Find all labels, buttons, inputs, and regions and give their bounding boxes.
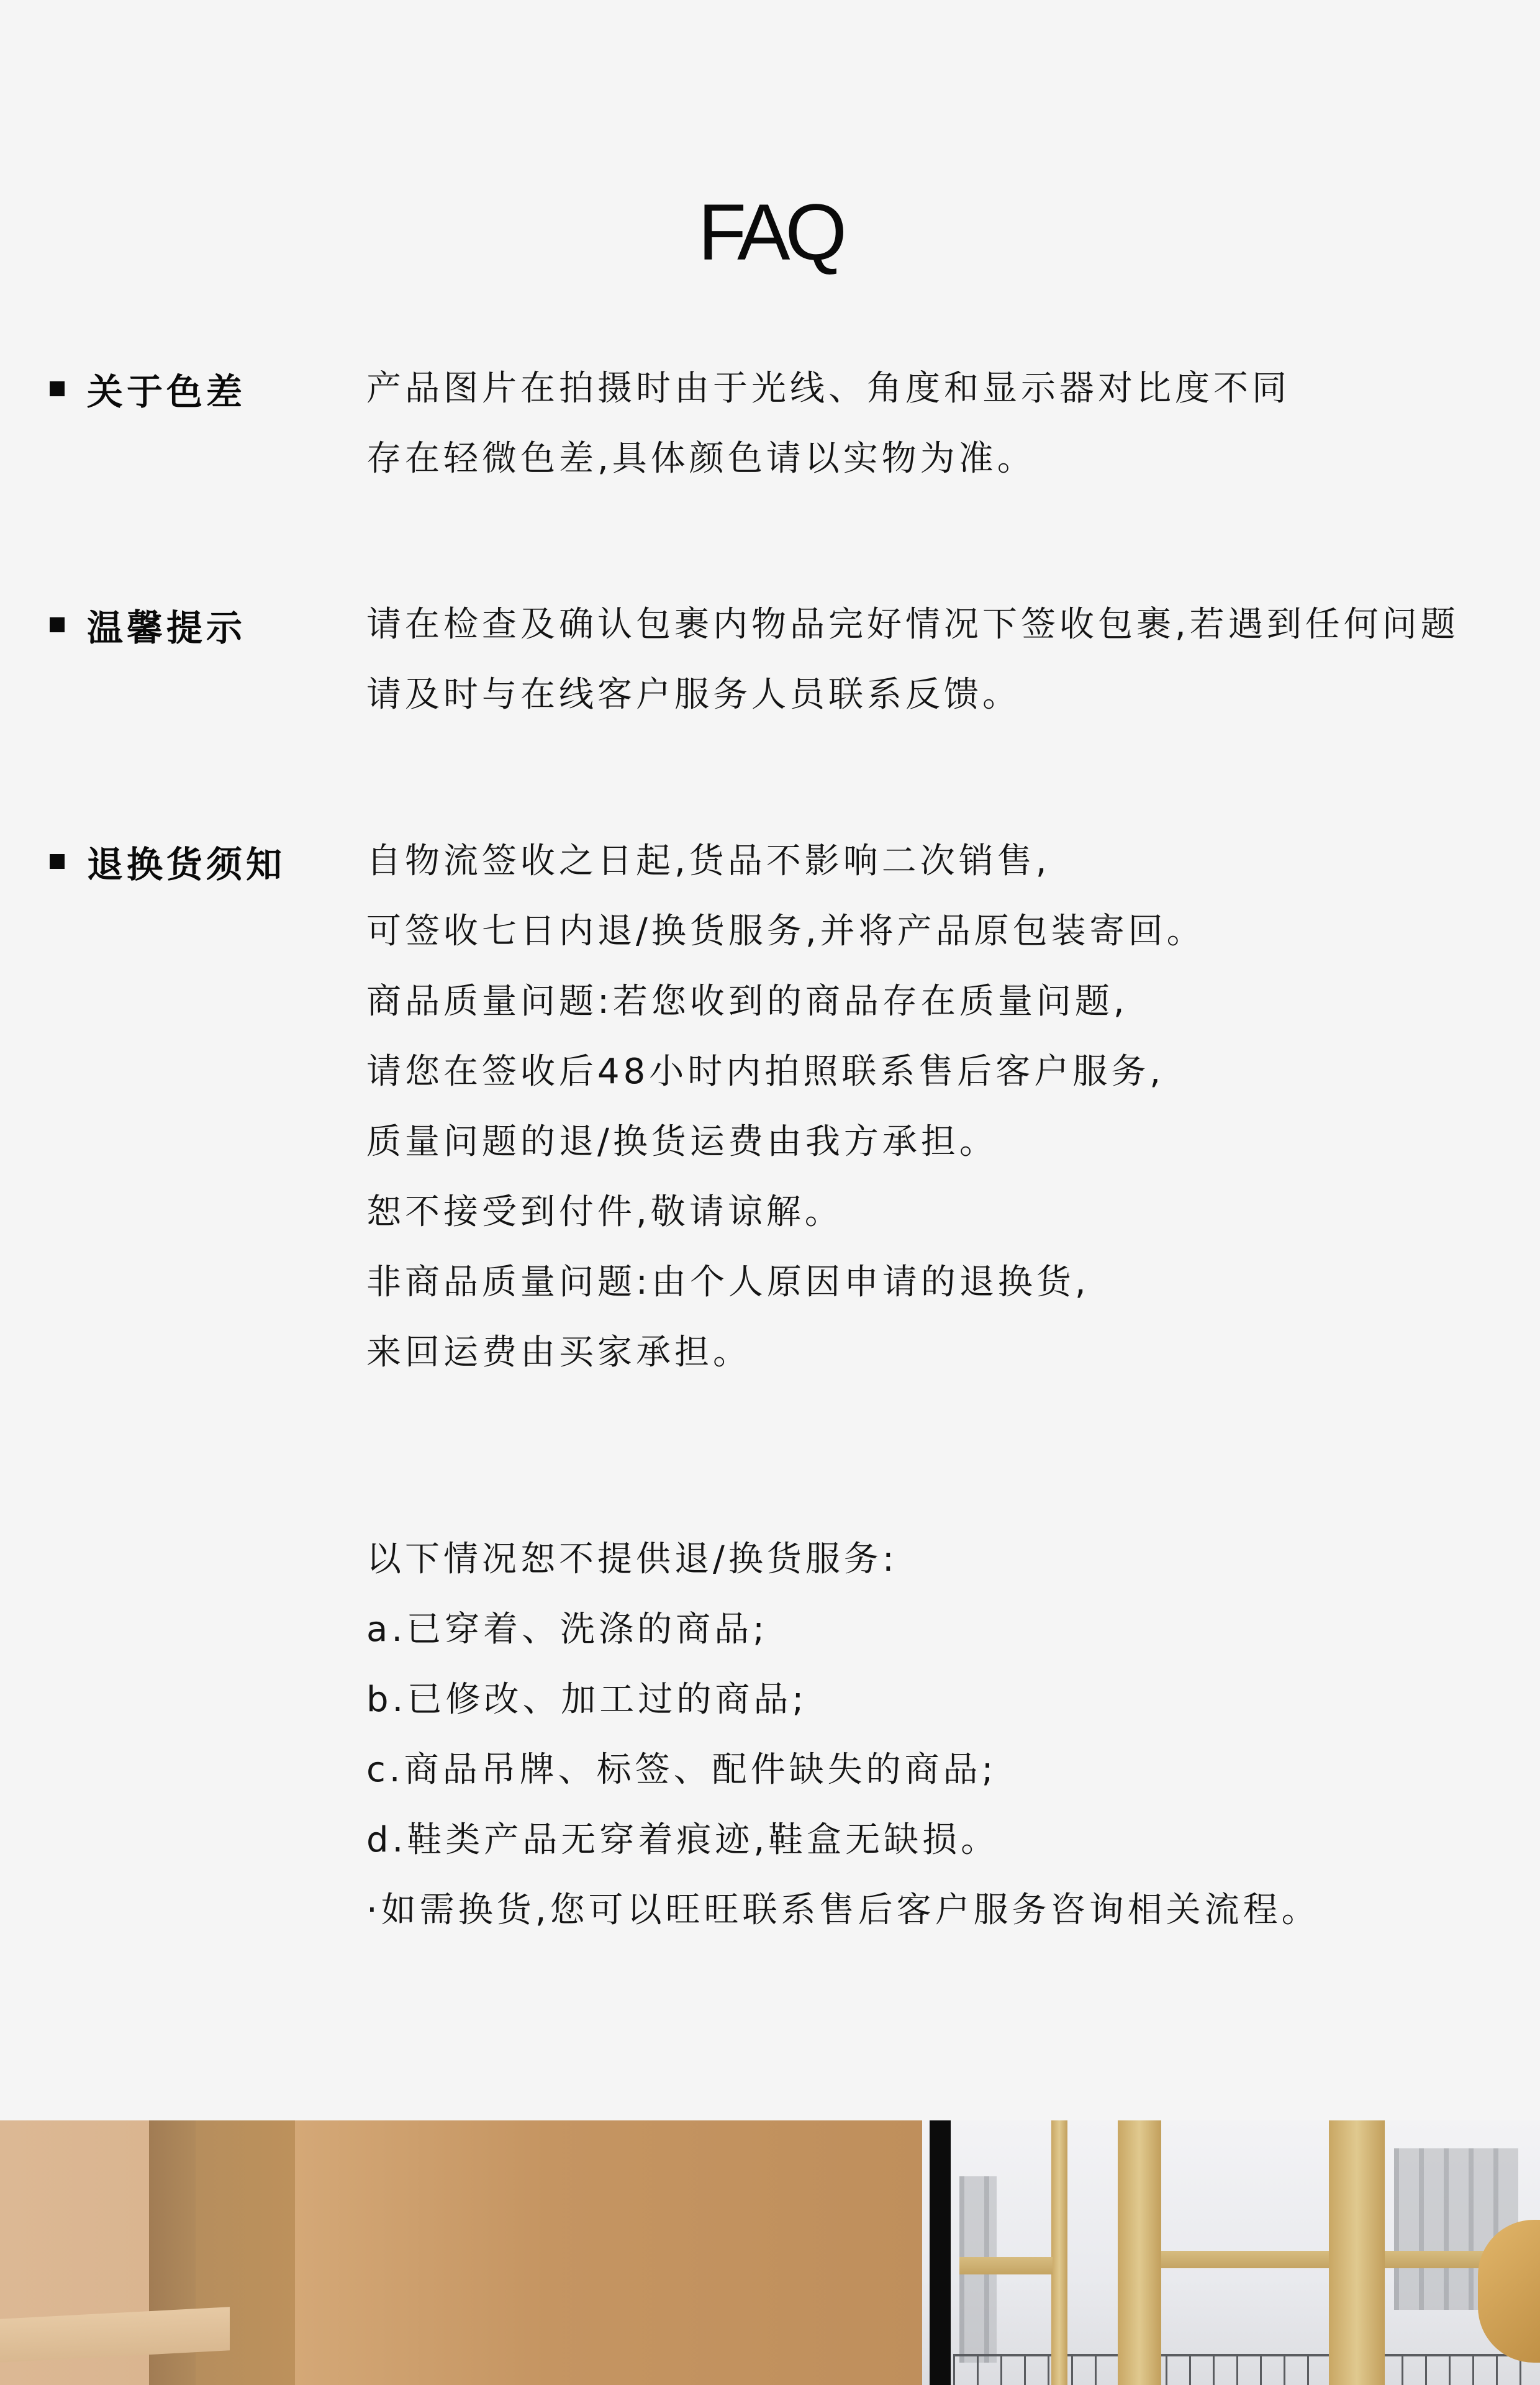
body-line: 商品质量问题:若您收到的商品存在质量问题,	[366, 966, 1534, 1037]
section-label-text: 退换货须知	[87, 835, 286, 888]
interior-window-photo	[0, 2120, 1540, 2385]
body-line: 请在检查及确认包裹内物品完好情况下签收包裹,若遇到任何问题	[366, 589, 1534, 660]
exclusions-body: 以下情况恕不提供退/换货服务: a.已穿着、洗涤的商品; b.已修改、加工过的商…	[366, 1524, 1534, 1945]
photo-window-crossbar	[1161, 2251, 1329, 2268]
body-line: 恕不接受到付件,敬请谅解。	[366, 1177, 1534, 1247]
exclusion-item: d.鞋类产品无穿着痕迹,鞋盒无缺损。	[366, 1805, 1534, 1875]
exclusion-item: c.商品吊牌、标签、配件缺失的商品;	[366, 1735, 1534, 1805]
body-line: 存在轻微色差,具体颜色请以实物为准。	[366, 424, 1534, 494]
body-line: 请您在签收后48小时内拍照联系售后客户服务,	[366, 1037, 1534, 1107]
body-line: 自物流签收之日起,货品不影响二次销售,	[366, 826, 1534, 896]
photo-window-frame	[1329, 2120, 1385, 2385]
section-body: 自物流签收之日起,货品不影响二次销售, 可签收七日内退/换货服务,并将产品原包装…	[366, 826, 1534, 1388]
square-bullet-icon	[50, 854, 65, 869]
body-line: 来回运费由买家承担。	[366, 1317, 1534, 1388]
section-body: 产品图片在拍摄时由于光线、角度和显示器对比度不同 存在轻微色差,具体颜色请以实物…	[366, 353, 1534, 494]
square-bullet-icon	[50, 617, 65, 632]
body-line: 可签收七日内退/换货服务,并将产品原包装寄回。	[366, 896, 1534, 966]
square-bullet-icon	[50, 381, 65, 396]
body-line: 请及时与在线客户服务人员联系反馈。	[366, 660, 1534, 730]
photo-wall-main	[295, 2120, 922, 2385]
body-line: 产品图片在拍摄时由于光线、角度和显示器对比度不同	[366, 353, 1534, 424]
section-body: 请在检查及确认包裹内物品完好情况下签收包裹,若遇到任何问题 请及时与在线客户服务…	[366, 589, 1534, 730]
photo-window-frame	[1051, 2120, 1067, 2385]
section-label: 关于色差	[50, 353, 246, 424]
photo-window-frame-dark	[930, 2120, 951, 2385]
section-label: 退换货须知	[50, 826, 286, 896]
body-line: 质量问题的退/换货运费由我方承担。	[366, 1107, 1534, 1177]
section-label: 温馨提示	[50, 589, 246, 660]
exclusion-item: b.已修改、加工过的商品;	[366, 1665, 1534, 1735]
section-label-text: 温馨提示	[87, 599, 246, 651]
photo-railing	[953, 2354, 1540, 2385]
exclusions-heading: 以下情况恕不提供退/换货服务:	[366, 1524, 1534, 1594]
body-line: 非商品质量问题:由个人原因申请的退换货,	[366, 1247, 1534, 1317]
photo-window-frame	[1118, 2120, 1161, 2385]
exchange-note: ·如需换货,您可以旺旺联系售后客户服务咨询相关流程。	[366, 1875, 1534, 1945]
photo-window-crossbar	[959, 2257, 1053, 2274]
page-title: FAQ	[0, 186, 1540, 279]
exclusion-item: a.已穿着、洗涤的商品;	[366, 1594, 1534, 1665]
section-label-text: 关于色差	[87, 363, 246, 415]
